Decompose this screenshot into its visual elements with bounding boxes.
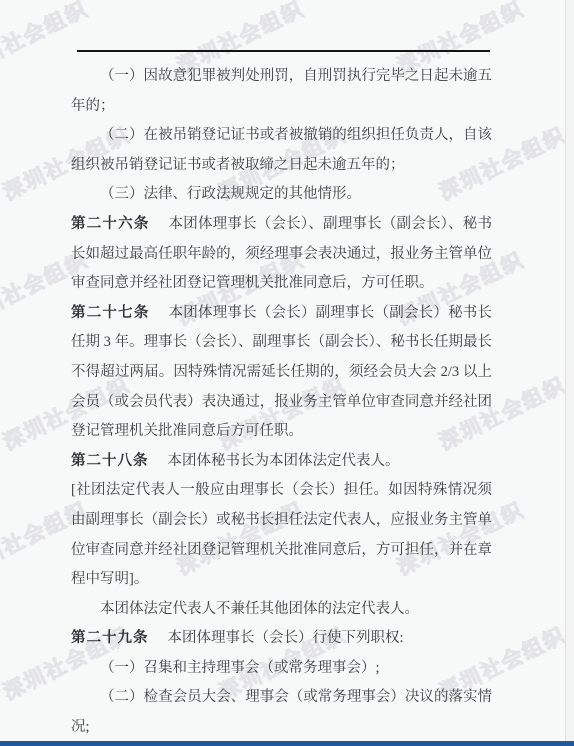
paragraph-text: （一）召集和主持理事会（或常务理事会）; — [100, 660, 380, 676]
paragraph: （二）在被吊销登记证书或者被撤销的组织担任负责人，自该组织被吊销登记证书或者被取… — [71, 121, 492, 180]
paragraph-text: （二）在被吊销登记证书或者被撤销的组织担任负责人，自该组织被吊销登记证书或者被取… — [71, 127, 492, 173]
paragraph-text: （三）法律、行政法规规定的其他情形。 — [100, 186, 361, 202]
document-viewer: 深圳社会组织深圳社会组织深圳社会组织深圳社会组织深圳社会组织深圳社会组织深圳社会… — [0, 0, 574, 746]
page-right-edge — [565, 0, 574, 746]
article-number: 第二十八条 — [71, 453, 149, 469]
article-number: 第二十九条 — [71, 630, 149, 646]
header-rule — [77, 50, 490, 52]
paragraph-text: （二）检查会员大会、理事会（或常务理事会）决议的落实情况; — [71, 689, 492, 735]
paragraph-text: 本团体理事长（会长）行使下列职权: — [168, 630, 404, 646]
paragraph: （一）因故意犯罪被判处刑罚，自刑罚执行完毕之日起未逾五年的； — [71, 62, 492, 121]
article-number: 第二十七条 — [71, 305, 150, 321]
article-paragraph: 第二十七条本团体理事长（会长）副理事长（副会长）秘书长任期 3 年。理事长（会长… — [71, 299, 492, 447]
paragraph: （一）召集和主持理事会（或常务理事会）; — [71, 654, 492, 684]
bottom-accent-bar — [0, 741, 574, 746]
article-paragraph: 第二十六条本团体理事长（会长）、副理事长（副会长）、秘书长如超过最高任职年龄的，… — [71, 210, 492, 299]
paragraph: （二）检查会员大会、理事会（或常务理事会）决议的落实情况; — [71, 683, 492, 742]
paragraph: [社团法定代表人一般应由理事长（会长）担任。如因特殊情况须由副理事长（副会长）或… — [71, 476, 492, 594]
document-body: （一）因故意犯罪被判处刑罚，自刑罚执行完毕之日起未逾五年的；（二）在被吊销登记证… — [71, 62, 492, 743]
paragraph-text: 本团体法定代表人不兼任其他团体的法定代表人。 — [100, 601, 419, 617]
article-paragraph: 第二十九条本团体理事长（会长）行使下列职权: — [71, 624, 492, 654]
paragraph: 本团体法定代表人不兼任其他团体的法定代表人。 — [71, 595, 492, 625]
paragraph: （三）法律、行政法规规定的其他情形。 — [71, 180, 492, 210]
paragraph-text: 本团体理事长（会长）副理事长（副会长）秘书长任期 3 年。理事长（会长）、副理事… — [71, 305, 492, 439]
paragraph-text: [社团法定代表人一般应由理事长（会长）担任。如因特殊情况须由副理事长（副会长）或… — [71, 482, 492, 587]
paragraph-text: 本团体秘书长为本团体法定代表人。 — [168, 453, 400, 469]
article-number: 第二十六条 — [71, 216, 150, 232]
article-paragraph: 第二十八条本团体秘书长为本团体法定代表人。 — [71, 447, 492, 477]
paragraph-text: （一）因故意犯罪被判处刑罚，自刑罚执行完毕之日起未逾五年的； — [71, 68, 492, 114]
